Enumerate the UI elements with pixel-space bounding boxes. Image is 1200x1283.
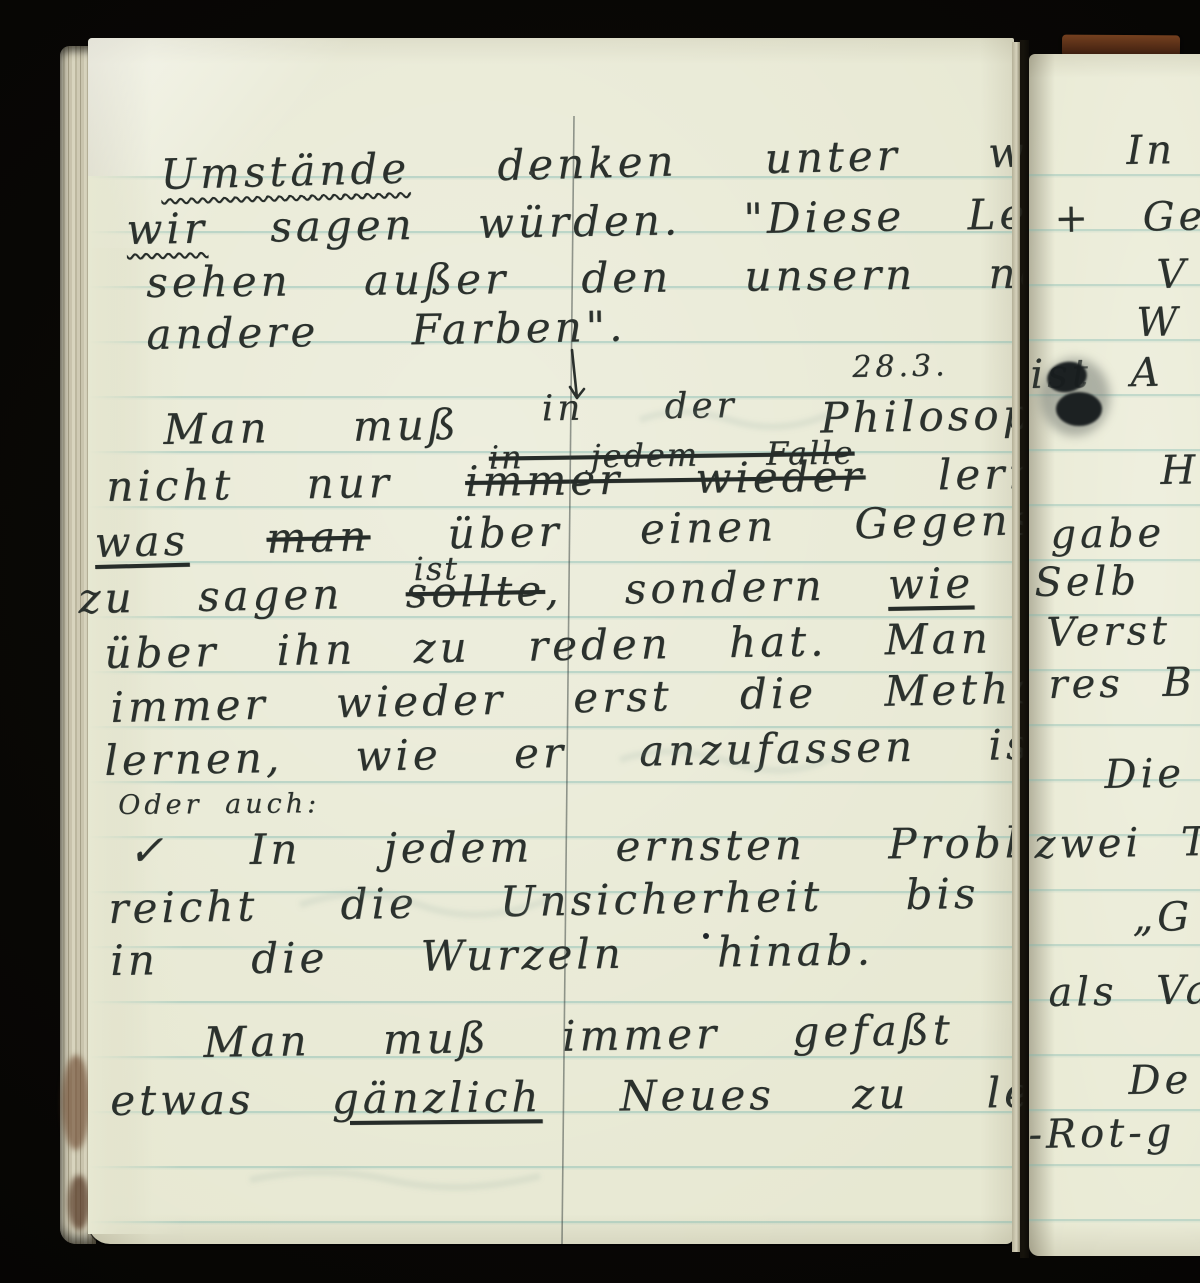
line-sehen-ausser: sehen außer den unsern noch — [146, 248, 1108, 307]
handwriting-segment: Verst — [1046, 608, 1171, 656]
handwriting-segment: W — [1136, 299, 1182, 346]
handwriting-segment: ✓ — [128, 825, 250, 875]
handwriting-segment: was — [94, 516, 190, 567]
handwriting-segment: zu sagen — [78, 568, 406, 623]
handwriting-segment: Man muß — [163, 398, 543, 454]
inserted-word: in jedem Falle — [489, 433, 855, 476]
handwritten-fragment: W — [1136, 299, 1182, 346]
gutter-ridge — [1012, 42, 1020, 1252]
handwriting-segment: sehen außer den unsern noch — [146, 248, 1108, 307]
handwritten-fragment: gabe — [1050, 510, 1166, 558]
handwriting-segment: In jedem ernsten Problem — [250, 818, 1095, 874]
handwriting-segment: gänzlich — [332, 1072, 543, 1123]
date-heading: 28.3. — [852, 348, 949, 385]
left-page: Umstände denken unter welchewir sagen wü… — [88, 38, 1014, 1244]
correction-stack: immer wiederin jedem Falle — [465, 451, 866, 506]
handwritten-fragment: -Rot-g — [1028, 1109, 1176, 1158]
line-wurzeln: in die Wurzeln hinab. — [110, 925, 874, 985]
ink-blot — [1056, 392, 1102, 426]
handwriting-segment: wir — [126, 204, 208, 254]
handwritten-fragment: res B — [1048, 659, 1196, 708]
handwriting-segment: „G — [1132, 894, 1193, 941]
handwritten-fragment: als Va — [1048, 967, 1200, 1016]
line-reicht-unsicherheit: reicht die Unsicherheit bis — [108, 869, 980, 933]
handwritten-fragment: + Ge — [1054, 193, 1200, 242]
handwritten-fragment: De — [1128, 1057, 1193, 1104]
handwriting-segment: reicht die Unsicherheit bis — [108, 869, 980, 933]
handwritten-fragment: Selb — [1034, 558, 1140, 606]
inserted-word: ist — [413, 549, 459, 588]
line-wir-sagen: wir sagen würden. "Diese Leute — [126, 188, 1109, 254]
handwriting-segment: In — [1126, 127, 1176, 174]
handwriting-segment: Umstände — [160, 143, 411, 199]
handwriting-segment: H — [1160, 447, 1200, 494]
handwriting-segment: etwas — [110, 1074, 332, 1125]
note-oder-auch: Oder auch: — [118, 788, 320, 821]
handwritten-fragment: In — [1126, 127, 1176, 174]
handwriting-segment: nicht nur — [106, 457, 465, 511]
handwriting-segment: + Ge — [1054, 193, 1200, 242]
handwriting-segment: andere Farben". — [146, 302, 627, 359]
handwriting-segment: zwei T — [1034, 819, 1200, 868]
handwriting-segment: Selb — [1034, 558, 1140, 606]
handwriting-segment: wie — [887, 558, 974, 608]
handwriting-segment: , sondern — [545, 560, 889, 615]
line-etwas-neues: etwas gänzlich Neues zu lernen. — [110, 1067, 1166, 1125]
binding-wear-spot — [62, 1055, 90, 1150]
handwriting-segment: in der — [542, 385, 738, 429]
handwriting-segment: man — [266, 511, 371, 563]
handwriting-segment: -Rot-g — [1028, 1109, 1176, 1158]
line-in-jedem-problem: ✓ In jedem ernsten Problem — [128, 818, 1095, 875]
handwriting-segment: V — [1156, 251, 1190, 298]
handwritten-fragment: Verst — [1046, 608, 1171, 656]
handwriting-segment: res B — [1048, 659, 1196, 708]
line-man-muss-gefasst: Man muß immer gefaßt sein, — [203, 1002, 1147, 1067]
handwriting-segment: Die — [1104, 751, 1185, 798]
handwriting-segment: sagen würden. "Diese Leute — [207, 188, 1109, 253]
line-andere-farben: andere Farben". — [146, 302, 627, 359]
handwritten-fragment: H — [1160, 447, 1200, 494]
handwriting-segment: 28.3. — [852, 348, 949, 385]
handwritten-fragment: V — [1156, 251, 1190, 298]
handwriting-segment: als Va — [1048, 967, 1200, 1016]
binding-wear-spot — [68, 1175, 90, 1230]
gutter-shadow — [1020, 40, 1029, 1258]
handwriting-segment: Oder auch: — [118, 788, 320, 821]
correction-stack: sollteist — [405, 566, 545, 617]
handwriting-segment: Man muß immer gefaßt sein, — [203, 1002, 1147, 1067]
handwriting-segment: in die Wurzeln hinab. — [110, 925, 874, 985]
handwritten-fragment: zwei T — [1034, 819, 1200, 868]
handwritten-fragment: Die — [1104, 751, 1185, 798]
handwritten-fragment: „G — [1132, 894, 1193, 941]
handwriting-segment — [189, 514, 268, 565]
handwriting-segment: gabe — [1050, 510, 1166, 558]
notebook-photo: Umstände denken unter welchewir sagen wü… — [0, 0, 1200, 1283]
handwriting-segment: De — [1128, 1057, 1193, 1104]
